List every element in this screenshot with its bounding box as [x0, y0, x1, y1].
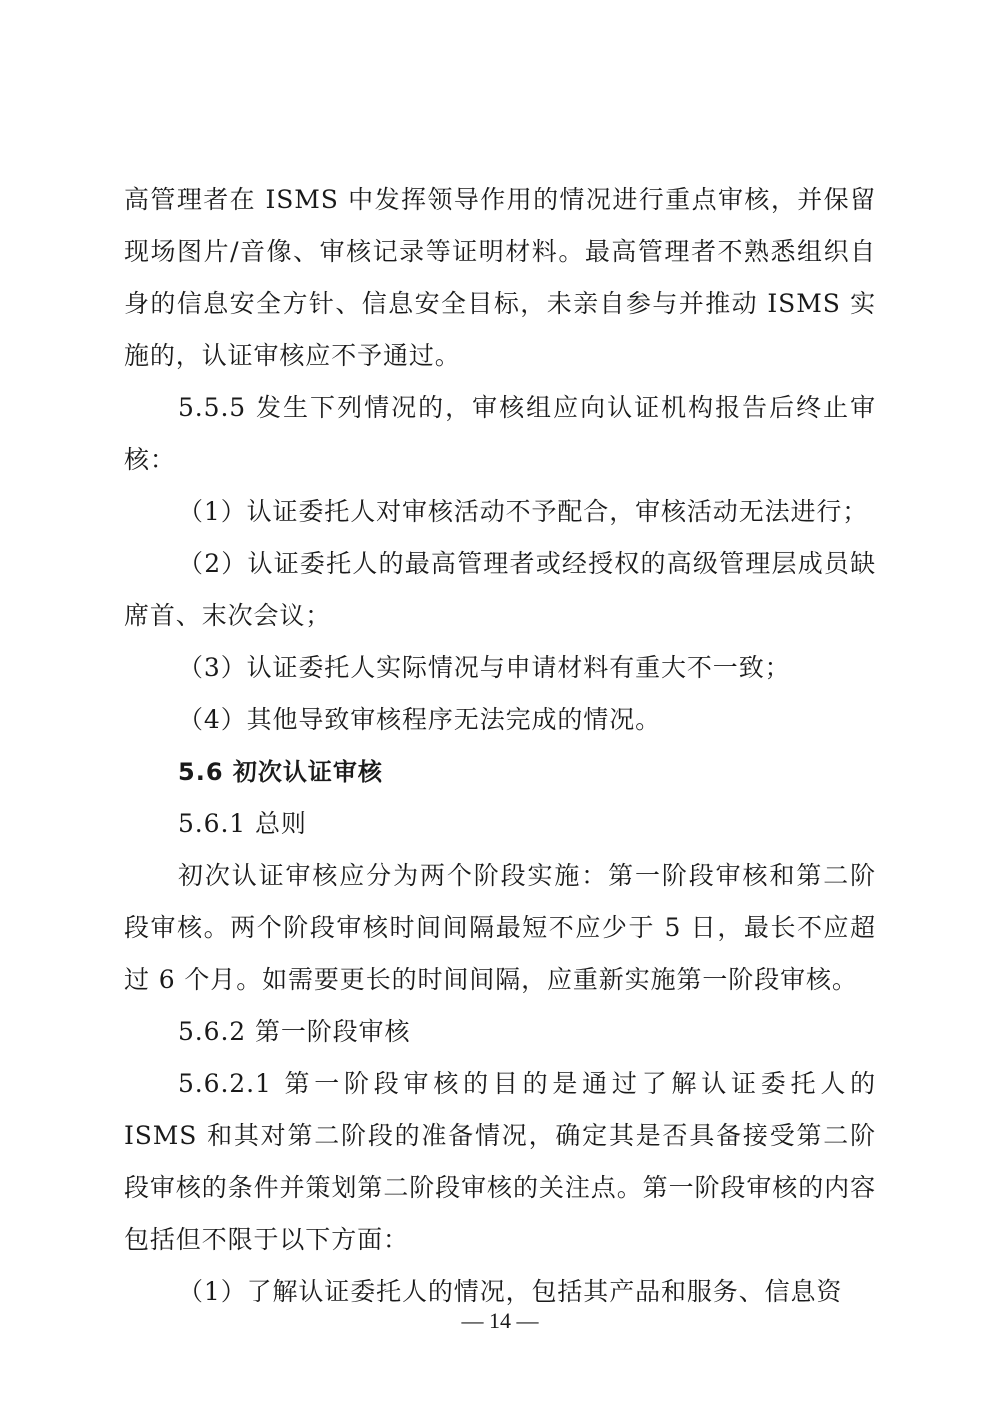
paragraph-general: 初次认证审核应分为两个阶段实施：第一阶段审核和第二阶段审核。两个阶段审核时间间隔… [124, 850, 876, 1006]
section-heading-5-6: 5.6 初次认证审核 [124, 746, 876, 798]
clause-5-5-5: 5.5.5 发生下列情况的，审核组应向认证机构报告后终止审核： [124, 382, 876, 486]
subsection-heading-5-6-1: 5.6.1 总则 [124, 798, 876, 850]
subsection-heading-5-6-2: 5.6.2 第一阶段审核 [124, 1006, 876, 1058]
list-item-2: （2）认证委托人的最高管理者或经授权的高级管理层成员缺席首、末次会议； [124, 538, 876, 642]
list-item-3: （3）认证委托人实际情况与申请材料有重大不一致； [124, 642, 876, 694]
document-body: 高管理者在 ISMS 中发挥领导作用的情况进行重点审核，并保留现场图片/音像、审… [124, 174, 876, 1318]
clause-5-6-2-1: 5.6.2.1 第一阶段审核的目的是通过了解认证委托人的 ISMS 和其对第二阶… [124, 1058, 876, 1266]
list-item-4: （4）其他导致审核程序无法完成的情况。 [124, 694, 876, 746]
list-item-1: （1）认证委托人对审核活动不予配合，审核活动无法进行； [124, 486, 876, 538]
page-number: — 14 — [0, 1306, 1000, 1336]
paragraph-continuation: 高管理者在 ISMS 中发挥领导作用的情况进行重点审核，并保留现场图片/音像、审… [124, 174, 876, 382]
